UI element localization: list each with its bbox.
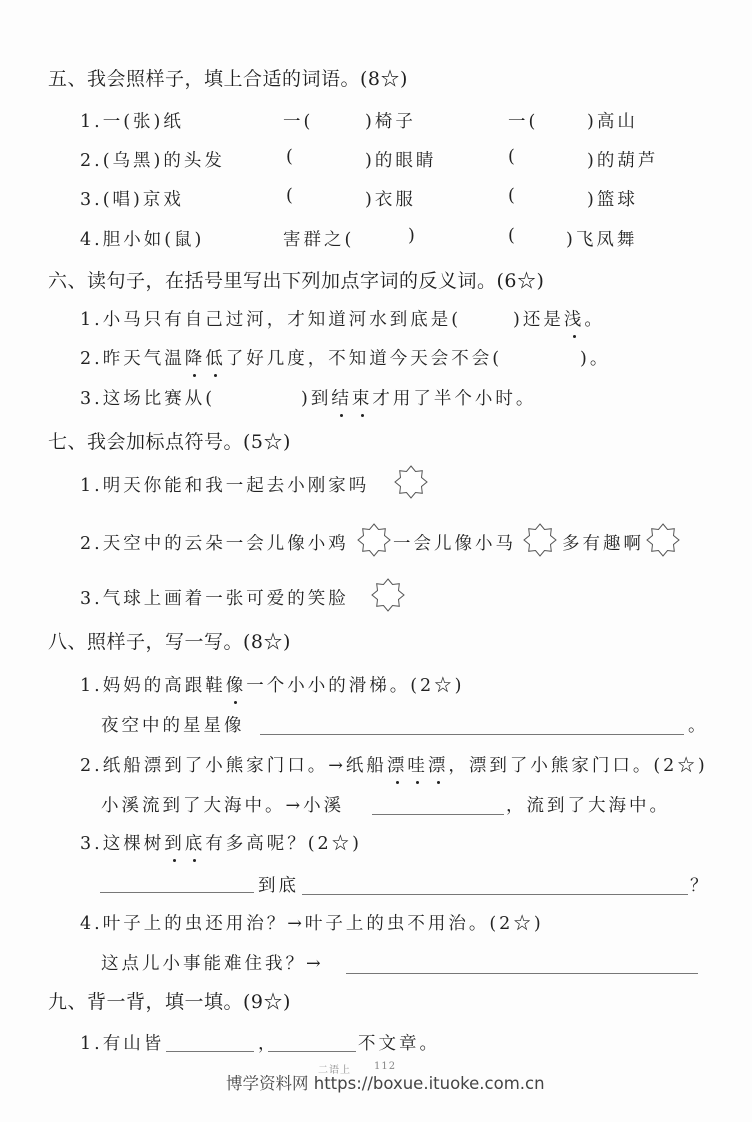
blank-close: )篮球 — [587, 186, 638, 211]
question-text: 1.小马只有自己过河，才知道河水到底是( — [80, 310, 461, 330]
dotted-word: 结束 — [331, 389, 372, 409]
example-text: 1.一(张)纸 — [80, 108, 184, 133]
punctuation-star-box[interactable] — [371, 578, 405, 612]
blank-open: ( — [508, 186, 518, 206]
section-9-heading: 九、背一背，填一填。(9☆) — [48, 987, 291, 1014]
section-5-heading: 五、我会照样子，填上合适的词语。(8☆) — [48, 64, 408, 91]
section-8-heading: 八、照样子，写一写。(8☆) — [48, 627, 291, 654]
question-text: 1.妈妈的高跟鞋 — [80, 676, 226, 696]
section-6-question-2: 2.昨天气温降低了好几度，不知道今天会不会()。 — [80, 345, 610, 370]
dotted-word: 漂哇漂 — [387, 756, 449, 776]
section-7-question-2a: 2.天空中的云朵一会儿像小鸡 — [80, 530, 349, 555]
blank-open: ( — [508, 147, 518, 167]
question-text: 2.纸船漂到了小熊家门口。→纸船 — [80, 756, 387, 776]
section-8-question-4: 4.叶子上的虫还用治？→叶子上的虫不用治。(2☆) — [80, 910, 544, 935]
period: 。 — [688, 712, 709, 737]
answer-line[interactable] — [346, 973, 698, 974]
answer-line[interactable] — [302, 894, 688, 895]
punctuation-star-box[interactable] — [646, 523, 680, 557]
question-text: 3.这棵树 — [80, 834, 164, 854]
section-7-heading: 七、我会加标点符号。(5☆) — [48, 427, 291, 454]
blank-close: )衣服 — [365, 186, 416, 211]
section-8-question-2: 2.纸船漂到了小熊家门口。→纸船漂哇漂，漂到了小熊家门口。(2☆) — [80, 752, 708, 777]
section-8-question-3-mid: 到底 — [258, 872, 299, 897]
question-text: 才用了半个小时。 — [372, 389, 536, 409]
section-6-heading: 六、读句子，在括号里写出下列加点字词的反义词。(6☆) — [48, 266, 544, 293]
question-mark: ？ — [690, 872, 711, 897]
answer-line[interactable] — [260, 734, 684, 735]
section-8-question-4-prompt: 这点儿小事能难住我？→ — [101, 950, 324, 975]
answer-line[interactable] — [268, 1051, 356, 1052]
watermark: 博学资料网 https://boxue.ituoke.com.cn — [226, 1070, 545, 1094]
blank-open: 一( — [508, 108, 538, 133]
blank-close: )高山 — [587, 108, 638, 133]
section-8-question-2-prompt: 小溪流到了大海中。→小溪 — [101, 792, 344, 817]
blank-close: )的眼睛 — [365, 147, 436, 172]
dotted-word: 到底 — [164, 834, 205, 854]
blank-open: ( — [286, 147, 296, 167]
section-6-question-1: 1.小马只有自己过河，才知道河水到底是()还是浅。 — [80, 306, 605, 331]
blank-open: ( — [286, 186, 296, 206]
blank-open: 一( — [283, 108, 313, 133]
question-text: 了好几度，不知道今天会不会( — [226, 349, 502, 369]
question-text: )。 — [580, 349, 610, 369]
section-7-question-2c: 多有趣啊 — [562, 530, 644, 555]
section-8-question-1-prompt: 夜空中的星星像 — [101, 712, 245, 737]
example-text: 4.胆小如(鼠) — [80, 226, 204, 251]
answer-line[interactable] — [100, 892, 254, 893]
section-9-question-1-pre: 1.有山皆 — [80, 1030, 164, 1055]
question-text: )到 — [301, 389, 331, 409]
dotted-word: 降低 — [185, 349, 226, 369]
section-8-question-1: 1.妈妈的高跟鞋像一个小小的滑梯。(2☆) — [80, 672, 465, 697]
question-text: 一个小小的滑梯。(2☆) — [246, 676, 464, 696]
answer-line[interactable] — [372, 814, 504, 815]
question-text: 有多高呢？(2☆) — [205, 834, 362, 854]
blank-open: 害群之( — [283, 226, 354, 251]
section-7-question-2b: 一会儿像小马 — [393, 530, 516, 555]
dotted-word: 像 — [226, 672, 247, 697]
section-8-question-2-end: ，流到了大海中。 — [506, 792, 670, 817]
punctuation-star-box[interactable] — [523, 523, 557, 557]
punctuation-star-box[interactable] — [357, 523, 391, 557]
question-text: 2.昨天气温 — [80, 349, 185, 369]
blank-close: )椅子 — [365, 108, 416, 133]
blank-close: )飞凤舞 — [566, 226, 637, 251]
blank-close: )的葫芦 — [587, 147, 658, 172]
blank-open: ( — [508, 226, 518, 246]
question-text: 3.这场比赛从( — [80, 389, 215, 409]
question-text: ，漂到了小熊家门口。(2☆) — [448, 756, 707, 776]
example-text: 3.(唱)京戏 — [80, 186, 184, 211]
example-text: 2.(乌黑)的头发 — [80, 147, 225, 172]
question-text: 。 — [584, 310, 605, 330]
section-9-question-1-end: 不文章。 — [358, 1030, 440, 1055]
punctuation-star-box[interactable] — [394, 465, 428, 499]
question-text: )还是 — [513, 310, 564, 330]
answer-line[interactable] — [166, 1051, 254, 1052]
section-8-question-3: 3.这棵树到底有多高呢？(2☆) — [80, 830, 362, 855]
section-7-question-1: 1.明天你能和我一起去小刚家吗 — [80, 472, 369, 497]
dotted-word: 浅 — [564, 306, 585, 331]
blank-close: ) — [408, 226, 418, 246]
section-6-question-3: 3.这场比赛从()到结束才用了半个小时。 — [80, 385, 536, 410]
section-7-question-3: 3.气球上画着一张可爱的笑脸 — [80, 585, 349, 610]
